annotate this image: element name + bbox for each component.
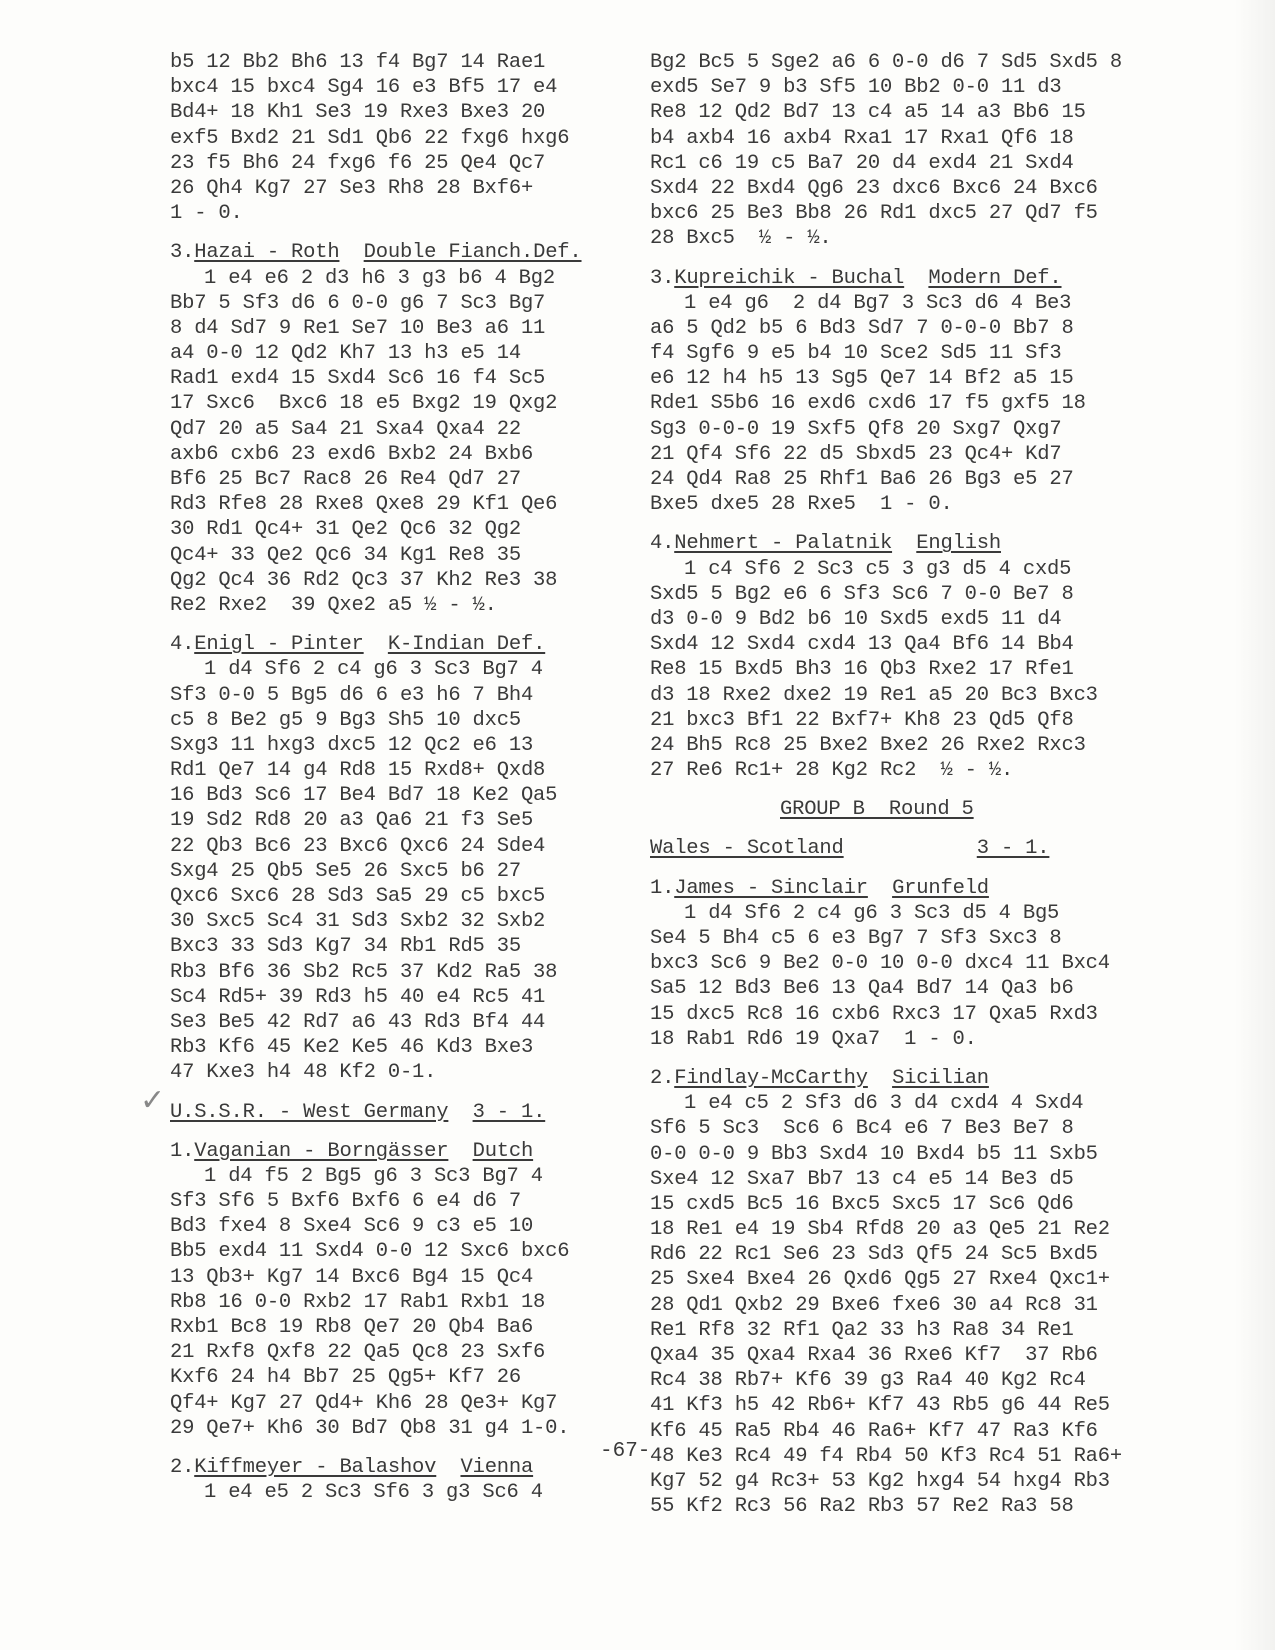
move-line: 21 Rxf8 Qxf8 22 Qa5 Qc8 23 Sxf6 <box>170 1340 610 1365</box>
game-players: Kiffmeyer - Balashov <box>194 1456 436 1479</box>
move-line: exd5 Se7 9 b3 Sf5 10 Bb2 0-0 11 d3 <box>650 75 1170 100</box>
page-edge-shadow <box>1235 0 1275 1650</box>
game-heading: 4.Enigl - Pinter K-Indian Def. <box>170 632 610 657</box>
game-players: James - Sinclair <box>674 877 868 900</box>
move-line: Sg3 0-0-0 19 Sxf5 Qf8 20 Sxg7 Qxg7 <box>650 417 1170 442</box>
move-line: 15 dxc5 Rc8 16 cxb6 Rxc3 17 Qxa5 Rxd3 <box>650 1002 1170 1027</box>
move-line: Sxd4 12 Sxd4 cxd4 13 Qa4 Bf6 14 Bb4 <box>650 632 1170 657</box>
move-line: Kf6 45 Ra5 Rb4 46 Ra6+ Kf7 47 Ra3 Kf6 <box>650 1419 1170 1444</box>
move-line: 17 Sxc6 Bxc6 18 e5 Bxg2 19 Qxg2 <box>170 391 610 416</box>
move-line: d3 18 Rxe2 dxe2 19 Re1 a5 20 Bc3 Bxc3 <box>650 683 1170 708</box>
move-line: 26 Qh4 Kg7 27 Se3 Rh8 28 Bxf6+ <box>170 176 610 201</box>
block-gap <box>650 252 1170 266</box>
game-heading: 1.Vaganian - Borngässer Dutch <box>170 1139 610 1164</box>
block-gap <box>650 517 1170 531</box>
move-line: Rb8 16 0-0 Rxb2 17 Rab1 Rxb1 18 <box>170 1290 610 1315</box>
move-line: Rad1 exd4 15 Sxd4 Sc6 16 f4 Sc5 <box>170 366 610 391</box>
move-line: 24 Bh5 Rc8 25 Bxe2 Bxe2 26 Rxe2 Rxc3 <box>650 733 1170 758</box>
section-title: GROUP B Round 5 <box>780 798 974 821</box>
block-gap <box>650 1052 1170 1066</box>
game-opening: Grunfeld <box>892 877 989 900</box>
move-line: Bb5 exd4 11 Sxd4 0-0 12 Sxc6 bxc6 <box>170 1239 610 1264</box>
move-line: Bd3 fxe4 8 Sxe4 Sc6 9 c3 e5 10 <box>170 1214 610 1239</box>
move-line: 28 Bxc5 ½ - ½. <box>650 226 1170 251</box>
move-line: b4 axb4 16 axb4 Rxa1 17 Rxa1 Qf6 18 <box>650 126 1170 151</box>
move-line: 28 Qd1 Qxb2 29 Bxe6 fxe6 30 a4 Rc8 31 <box>650 1293 1170 1318</box>
move-line: 29 Qe7+ Kh6 30 Bd7 Qb8 31 g4 1-0. <box>170 1416 610 1441</box>
move-line: Sc4 Rd5+ 39 Rd3 h5 40 e4 Rc5 41 <box>170 985 610 1010</box>
move-line: Re2 Rxe2 39 Qxe2 a5 ½ - ½. <box>170 593 610 618</box>
move-line: e6 12 h4 h5 13 Sg5 Qe7 14 Bf2 a5 15 <box>650 366 1170 391</box>
move-line: Rc1 c6 19 c5 Ba7 20 d4 exd4 21 Sxd4 <box>650 151 1170 176</box>
board-number: 3. <box>170 241 194 264</box>
move-line: Bg2 Bc5 5 Sge2 a6 6 0-0 d6 7 Sd5 Sxd5 8 <box>650 50 1170 75</box>
game-opening: Modern Def. <box>928 267 1061 290</box>
move-line: Se3 Be5 42 Rd7 a6 43 Rd3 Bf4 44 <box>170 1010 610 1035</box>
move-line: Qf4+ Kg7 27 Qd4+ Kh6 28 Qe3+ Kg7 <box>170 1391 610 1416</box>
move-line: 30 Rd1 Qc4+ 31 Qe2 Qc6 32 Qg2 <box>170 517 610 542</box>
move-line: Sxd4 22 Bxd4 Qg6 23 dxc6 Bxc6 24 Bxc6 <box>650 176 1170 201</box>
game-players: Nehmert - Palatnik <box>674 532 892 555</box>
move-line: 22 Qb3 Bc6 23 Bxc6 Qxc6 24 Sde4 <box>170 834 610 859</box>
board-number: 4. <box>170 633 194 656</box>
move-line: Rc4 38 Rb7+ Kf6 39 g3 Ra4 40 Kg2 Rc4 <box>650 1368 1170 1393</box>
block-gap <box>650 822 1170 836</box>
move-line: Sa5 12 Bd3 Be6 13 Qa4 Bd7 14 Qa3 b6 <box>650 976 1170 1001</box>
move-line: Sxe4 12 Sxa7 Bb7 13 c4 e5 14 Be3 d5 <box>650 1167 1170 1192</box>
board-number: 2. <box>170 1456 194 1479</box>
board-number: 1. <box>170 1140 194 1163</box>
move-line: 48 Ke3 Rc4 49 f4 Rb4 50 Kf3 Rc4 51 Ra6+ <box>650 1444 1170 1469</box>
move-line: d3 0-0 9 Bd2 b6 10 Sxd5 exd5 11 d4 <box>650 607 1170 632</box>
game-heading: 2.Findlay-McCarthy Sicilian <box>650 1066 1170 1091</box>
move-line: Rxb1 Bc8 19 Rb8 Qe7 20 Qb4 Ba6 <box>170 1315 610 1340</box>
block-gap <box>170 1086 610 1100</box>
move-line: 13 Qb3+ Kg7 14 Bxc6 Bg4 15 Qc4 <box>170 1265 610 1290</box>
move-line: a4 0-0 12 Qd2 Kh7 13 h3 e5 14 <box>170 341 610 366</box>
match-teams: U.S.S.R. - West Germany <box>170 1101 448 1124</box>
page-number: -67- <box>600 1440 650 1463</box>
move-line: Bxe5 dxe5 28 Rxe5 1 - 0. <box>650 492 1170 517</box>
move-line: Rd3 Rfe8 28 Rxe8 Qxe8 29 Kf1 Qe6 <box>170 492 610 517</box>
move-line: Sxg3 11 hxg3 dxc5 12 Qc2 e6 13 <box>170 733 610 758</box>
move-line: Bxc3 33 Sd3 Kg7 34 Rb1 Rd5 35 <box>170 934 610 959</box>
move-line: a6 5 Qd2 b5 6 Bd3 Sd7 7 0-0-0 Bb7 8 <box>650 316 1170 341</box>
move-line: Rb3 Bf6 36 Sb2 Rc5 37 Kd2 Ra5 38 <box>170 960 610 985</box>
move-line: 1 e4 c5 2 Sf3 d6 3 d4 cxd4 4 Sxd4 <box>650 1091 1170 1116</box>
board-number: 1. <box>650 877 674 900</box>
match-heading: U.S.S.R. - West Germany 3 - 1. <box>170 1100 610 1125</box>
match-teams: Wales - Scotland <box>650 837 844 860</box>
game-opening: English <box>916 532 1001 555</box>
move-line: 47 Kxe3 h4 48 Kf2 0-1. <box>170 1060 610 1085</box>
move-line: 1 - 0. <box>170 201 610 226</box>
move-line: Kg7 52 g4 Rc3+ 53 Kg2 hxg4 54 hxg4 Rb3 <box>650 1469 1170 1494</box>
move-line: 1 e4 e5 2 Sc3 Sf6 3 g3 Sc6 4 <box>170 1480 610 1505</box>
move-line: 1 d4 Sf6 2 c4 g6 3 Sc3 Bg7 4 <box>170 657 610 682</box>
move-line: Sf6 5 Sc3 Sc6 6 Bc4 e6 7 Be3 Be7 8 <box>650 1116 1170 1141</box>
right-column: Bg2 Bc5 5 Sge2 a6 6 0-0 d6 7 Sd5 Sxd5 8e… <box>650 50 1170 1519</box>
check-mark-icon: ✓ <box>140 1083 165 1118</box>
game-opening: Sicilian <box>892 1067 989 1090</box>
move-line: Re1 Rf8 32 Rf1 Qa2 33 h3 Ra8 34 Re1 <box>650 1318 1170 1343</box>
block-gap <box>170 226 610 240</box>
move-line: 21 bxc3 Bf1 22 Bxf7+ Kh8 23 Qd5 Qf8 <box>650 708 1170 733</box>
move-line: 1 d4 Sf6 2 c4 g6 3 Sc3 d5 4 Bg5 <box>650 901 1170 926</box>
move-line: Bd4+ 18 Kh1 Se3 19 Rxe3 Bxe3 20 <box>170 100 610 125</box>
game-heading: 3.Kupreichik - Buchal Modern Def. <box>650 266 1170 291</box>
move-line: bxc6 25 Be3 Bb8 26 Rd1 dxc5 27 Qd7 f5 <box>650 201 1170 226</box>
move-line: 1 e4 g6 2 d4 Bg7 3 Sc3 d6 4 Be3 <box>650 291 1170 316</box>
move-line: 23 f5 Bh6 24 fxg6 f6 25 Qe4 Qc7 <box>170 151 610 176</box>
move-line: 55 Kf2 Rc3 56 Ra2 Rb3 57 Re2 Ra3 58 <box>650 1494 1170 1519</box>
block-gap <box>170 1441 610 1455</box>
move-line: 16 Bd3 Sc6 17 Be4 Bd7 18 Ke2 Qa5 <box>170 783 610 808</box>
move-line: Rb3 Kf6 45 Ke2 Ke5 46 Kd3 Bxe3 <box>170 1035 610 1060</box>
block-gap <box>170 1125 610 1139</box>
move-line: 1 d4 f5 2 Bg5 g6 3 Sc3 Bg7 4 <box>170 1164 610 1189</box>
move-line: Qc4+ 33 Qe2 Qc6 34 Kg1 Re8 35 <box>170 543 610 568</box>
move-line: 1 e4 e6 2 d3 h6 3 g3 b6 4 Bg2 <box>170 266 610 291</box>
match-score: 3 - 1. <box>977 837 1050 860</box>
move-line: c5 8 Be2 g5 9 Bg3 Sh5 10 dxc5 <box>170 708 610 733</box>
game-players: Findlay-McCarthy <box>674 1067 868 1090</box>
move-line: bxc4 15 bxc4 Sg4 16 e3 Bf5 17 e4 <box>170 75 610 100</box>
move-line: Qg2 Qc4 36 Rd2 Qc3 37 Kh2 Re3 38 <box>170 568 610 593</box>
move-line: Se4 5 Bh4 c5 6 e3 Bg7 7 Sf3 Sxc3 8 <box>650 926 1170 951</box>
move-line: Qxa4 35 Qxa4 Rxa4 36 Rxe6 Kf7 37 Rb6 <box>650 1343 1170 1368</box>
move-line: Rd1 Qe7 14 g4 Rd8 15 Rxd8+ Qxd8 <box>170 758 610 783</box>
match-heading: Wales - Scotland 3 - 1. <box>650 836 1170 861</box>
move-line: f4 Sgf6 9 e5 b4 10 Sce2 Sd5 11 Sf3 <box>650 341 1170 366</box>
move-line: Bf6 25 Bc7 Rac8 26 Re4 Qd7 27 <box>170 467 610 492</box>
game-players: Vaganian - Borngässer <box>194 1140 448 1163</box>
move-line: Kxf6 24 h4 Bb7 25 Qg5+ Kf7 26 <box>170 1365 610 1390</box>
move-line: axb6 cxb6 23 exd6 Bxb2 24 Bxb6 <box>170 442 610 467</box>
game-opening: Dutch <box>473 1140 534 1163</box>
move-line: 41 Kf3 h5 42 Rb6+ Kf7 43 Rb5 g6 44 Re5 <box>650 1393 1170 1418</box>
move-line: 8 d4 Sd7 9 Re1 Se7 10 Be3 a6 11 <box>170 316 610 341</box>
left-column: b5 12 Bb2 Bh6 13 f4 Bg7 14 Rae1bxc4 15 b… <box>170 50 610 1505</box>
move-line: b5 12 Bb2 Bh6 13 f4 Bg7 14 Rae1 <box>170 50 610 75</box>
move-line: 27 Re6 Rc1+ 28 Kg2 Rc2 ½ - ½. <box>650 758 1170 783</box>
board-number: 4. <box>650 532 674 555</box>
move-line: 19 Sd2 Rd8 20 a3 Qa6 21 f3 Se5 <box>170 808 610 833</box>
move-line: Qxc6 Sxc6 28 Sd3 Sa5 29 c5 bxc5 <box>170 884 610 909</box>
game-heading: 2.Kiffmeyer - Balashov Vienna <box>170 1455 610 1480</box>
board-number: 2. <box>650 1067 674 1090</box>
block-gap <box>650 783 1170 797</box>
move-line: 0-0 0-0 9 Bb3 Sxd4 10 Bxd4 b5 11 Sxb5 <box>650 1142 1170 1167</box>
move-line: Sf3 0-0 5 Bg5 d6 6 e3 h6 7 Bh4 <box>170 683 610 708</box>
move-line: 18 Rab1 Rd6 19 Qxa7 1 - 0. <box>650 1027 1170 1052</box>
move-line: 21 Qf4 Sf6 22 d5 Sbxd5 23 Qc4+ Kd7 <box>650 442 1170 467</box>
move-line: 30 Sxc5 Sc4 31 Sd3 Sxb2 32 Sxb2 <box>170 909 610 934</box>
move-line: 24 Qd4 Ra8 25 Rhf1 Ba6 26 Bg3 e5 27 <box>650 467 1170 492</box>
game-opening: Vienna <box>460 1456 533 1479</box>
block-gap <box>170 618 610 632</box>
move-line: 1 c4 Sf6 2 Sc3 c5 3 g3 d5 4 cxd5 <box>650 557 1170 582</box>
game-players: Hazai - Roth <box>194 241 339 264</box>
move-line: Bb7 5 Sf3 d6 6 0-0 g6 7 Sc3 Bg7 <box>170 291 610 316</box>
section-heading: GROUP B Round 5 <box>650 797 1170 822</box>
game-players: Enigl - Pinter <box>194 633 363 656</box>
board-number: 3. <box>650 267 674 290</box>
game-heading: 3.Hazai - Roth Double Fianch.Def. <box>170 240 610 265</box>
move-line: 25 Sxe4 Bxe4 26 Qxd6 Qg5 27 Rxe4 Qxc1+ <box>650 1267 1170 1292</box>
move-line: Sxd5 5 Bg2 e6 6 Sf3 Sc6 7 0-0 Be7 8 <box>650 582 1170 607</box>
move-line: Sxg4 25 Qb5 Se5 26 Sxc5 b6 27 <box>170 859 610 884</box>
move-line: Rde1 S5b6 16 exd6 cxd6 17 f5 gxf5 18 <box>650 391 1170 416</box>
move-line: exf5 Bxd2 21 Sd1 Qb6 22 fxg6 hxg6 <box>170 126 610 151</box>
game-opening: K-Indian Def. <box>388 633 545 656</box>
game-heading: 1.James - Sinclair Grunfeld <box>650 876 1170 901</box>
move-line: 18 Re1 e4 19 Sb4 Rfd8 20 a3 Qe5 21 Re2 <box>650 1217 1170 1242</box>
move-line: 15 cxd5 Bc5 16 Bxc5 Sxc5 17 Sc6 Qd6 <box>650 1192 1170 1217</box>
move-line: Rd6 22 Rc1 Se6 23 Sd3 Qf5 24 Sc5 Bxd5 <box>650 1242 1170 1267</box>
block-gap <box>650 862 1170 876</box>
game-heading: 4.Nehmert - Palatnik English <box>650 531 1170 556</box>
move-line: Sf3 Sf6 5 Bxf6 Bxf6 6 e4 d6 7 <box>170 1189 610 1214</box>
game-opening: Double Fianch.Def. <box>364 241 582 264</box>
move-line: Re8 12 Qd2 Bd7 13 c4 a5 14 a3 Bb6 15 <box>650 100 1170 125</box>
move-line: Qd7 20 a5 Sa4 21 Sxa4 Qxa4 22 <box>170 417 610 442</box>
move-line: bxc3 Sc6 9 Be2 0-0 10 0-0 dxc4 11 Bxc4 <box>650 951 1170 976</box>
game-players: Kupreichik - Buchal <box>674 267 904 290</box>
move-line: Re8 15 Bxd5 Bh3 16 Qb3 Rxe2 17 Rfe1 <box>650 657 1170 682</box>
match-score: 3 - 1. <box>473 1101 546 1124</box>
